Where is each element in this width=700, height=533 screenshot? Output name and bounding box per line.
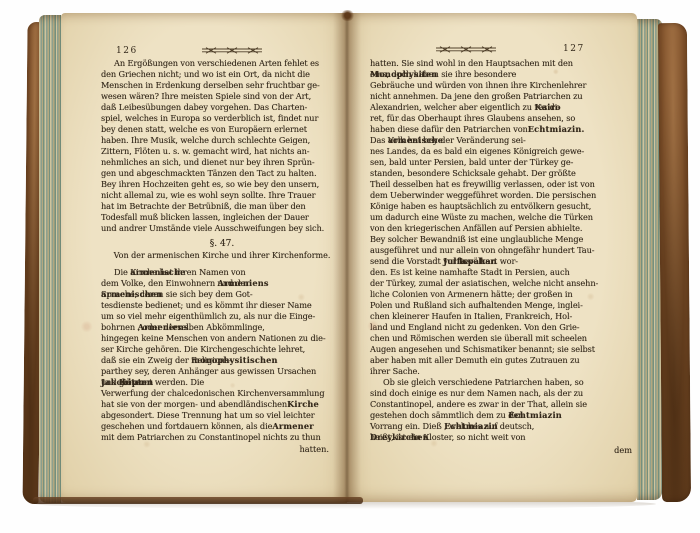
text-line: von den kriegerischen Anfällen auf Persi…: [370, 223, 614, 234]
text-line: send die Vorstadt Julfa vor Ispahan bevö…: [370, 256, 614, 267]
text-line: sen, bald unter Persien, bald unter der …: [370, 157, 614, 168]
section-heading: §. 47. Von der armenischen Kirche und ih…: [101, 239, 343, 261]
text-line: Zittern, Flöten u. s. w. gemacht wird, h…: [101, 146, 343, 157]
text-line: mit dem Patriarchen zu Constantinopel ni…: [101, 432, 343, 443]
text-line: Die armenische Kirche hat ihren Namen vo…: [101, 267, 343, 278]
text-line: Könige haben es hauptsächlich zu entvölk…: [370, 201, 614, 212]
text-line: Monophysiten eins, doch haben sie ihre b…: [370, 69, 614, 80]
text-line: Verwerfung der chalcedonischen Kirchenve…: [101, 388, 343, 399]
text-line: Bey ihren Hochzeiten geht es, so wie bey…: [101, 179, 343, 190]
leather-board-right: [658, 23, 691, 502]
text-line: ret, für das Oberhaupt ihres Glaubens an…: [370, 113, 614, 124]
text-line: tesdienste bedienet; und es kömmt ihr di…: [101, 300, 343, 311]
text-line: nes Landes, da es bald ein eigenes König…: [370, 146, 614, 157]
text-line: ihrer Sache.: [370, 366, 614, 377]
text-line: Das armenische Volk hat bey der Veränder…: [370, 135, 614, 146]
bottom-board-edge: [33, 497, 363, 504]
text-line: haben diese dafür den Patriarchen von Ec…: [370, 124, 614, 135]
text-line: aber haben mit aller Demuth ein gutes Zu…: [370, 355, 614, 366]
text-line: Ob sie gleich verschiedene Patriarchen h…: [370, 377, 614, 388]
text-line: gen und abgeschmackten Tänzen den Tact z…: [101, 168, 343, 179]
text-line: Jakobiten und Köpten genannt werden. Die: [101, 377, 343, 388]
text-line: parthey sey, deren Anhänger aus gewissen…: [101, 366, 343, 377]
text-line: chen kleinerer Haufen in Italien, Frankr…: [370, 311, 614, 322]
text-line: bohrnen Armeniens, oder derselben Abkömm…: [101, 322, 343, 333]
page-number-left: 126: [116, 46, 138, 56]
twisted-fillet-icon: [201, 46, 263, 55]
text-line: Constantinopel, andere es zwar in der Th…: [370, 399, 614, 410]
text-column-left-lower: Die armenische Kirche hat ihren Namen vo…: [101, 267, 343, 443]
text-column-right: hatten. Sie sind wohl in den Hauptsachen…: [370, 58, 614, 443]
text-line: den Griechen nicht; und wo ist ein Ort, …: [101, 69, 343, 80]
text-line: Augen angesehen und Schismatiker benannt…: [370, 344, 614, 355]
text-line: Alexandrien, welcher aber eigentlich zu …: [370, 102, 614, 113]
text-line: daß Leibesübungen dabey vorgehen. Das Ch…: [101, 102, 343, 113]
text-line: der Türkey, zumal der asiatischen, welch…: [370, 278, 614, 289]
page-number-right: 127: [563, 44, 585, 54]
text-line: nicht annehmen. Da jene den großen Patri…: [370, 91, 614, 102]
text-line: hat im Betrachte der Betrübniß, die man …: [101, 201, 343, 212]
text-line: wesen wären? Ihre meisten Spiele sind vo…: [101, 91, 343, 102]
text-line: Gebräuche und würden von ihnen ihre Kirc…: [370, 80, 614, 91]
text-column-left-upper: An Ergößungen von verschiedenen Arten fe…: [101, 58, 343, 234]
section-number: §. 47.: [101, 239, 343, 250]
text-line: sind doch einige es nur dem Namen nach, …: [370, 388, 614, 399]
text-line: Vorrang ein. Dieß Echtmiazin, welches au…: [370, 421, 614, 432]
headband: [340, 10, 355, 21]
text-line: hat sie von der morgen- und abendländisc…: [101, 399, 343, 410]
text-line: nicht allemal zu, wie es wohl seyn sollt…: [101, 190, 343, 201]
text-line: An Ergößungen von verschiedenen Arten fe…: [101, 58, 343, 69]
text-line: gestehen doch sämmtlich dem zu Echtmiazi…: [370, 410, 614, 421]
catchword-right: dem: [370, 445, 632, 455]
text-line: Todesfall muß blicken lassen, ingleichen…: [101, 212, 343, 223]
twisted-fillet-icon: [435, 45, 497, 54]
text-line: Dreykirchen heißt, ist ein Kloster, so n…: [370, 432, 614, 443]
section-title: Von der armenischen Kirche und ihrer Kir…: [101, 250, 343, 261]
text-line: standen, besondere Schicksale gehabt. De…: [370, 168, 614, 179]
text-line: daß sie ein Zweig der monophysitischen R…: [101, 355, 343, 366]
text-line: Menschen in Erdenkung derselben sehr fru…: [101, 80, 343, 91]
photo-background: 126 An Ergößungen von verschiedenen Arte…: [0, 0, 700, 533]
text-line: Theil desselben hat es freywillig verlas…: [370, 179, 614, 190]
text-line: geschehen und fortdauern können, als die…: [101, 421, 343, 432]
catchword-left: hatten.: [101, 444, 329, 454]
text-line: und andrer Umstände viele Ausschweifunge…: [101, 223, 343, 234]
text-line: armenischen Sprache, deren sie sich bey …: [101, 289, 343, 300]
text-line: abgesondert. Diese Trennung hat um so vi…: [101, 410, 343, 421]
text-line: Bey solcher Bewandniß ist eine unglaubli…: [370, 234, 614, 245]
text-line: hingegen keine Menschen von andern Natio…: [101, 333, 343, 344]
text-line: spiel, welches in Europa so verderblich …: [101, 113, 343, 124]
text-line: land und England nicht zu gedenken. Von …: [370, 322, 614, 333]
text-line: dem Ueberwinder weggeführet worden. Die …: [370, 190, 614, 201]
text-line: ausgeführet und nur allein von ohngefähr…: [370, 245, 614, 256]
text-line: nehmliches an sich, und dienet nur bey i…: [101, 157, 343, 168]
text-line: chen und Römischen werden sie überall mi…: [370, 333, 614, 344]
text-line: bey denen statt, welche es von Europäern…: [101, 124, 343, 135]
text-line: hatten. Sie sind wohl in den Hauptsachen…: [370, 58, 614, 69]
text-line: liche Colonien von Armenern hätte; der g…: [370, 289, 614, 300]
text-line: ser Kirche gehören. Die Kirchengeschicht…: [101, 344, 343, 355]
text-line: um dadurch eine Wüste zu machen, welche …: [370, 212, 614, 223]
fore-edge-left: [39, 15, 61, 503]
book-page-left: 126 An Ergößungen von verschiedenen Arte…: [61, 13, 347, 503]
text-line: um so viel mehr eigenthümlich zu, als nu…: [101, 311, 343, 322]
text-line: den. Es ist keine namhafte Stadt in Pers…: [370, 267, 614, 278]
text-line: dem Volke, den Einwohnern Armeniens und …: [101, 278, 343, 289]
text-line: haben. Ihre Musik, welche durch schlecht…: [101, 135, 343, 146]
text-line: Polen und Rußland sich aufhaltenden Meng…: [370, 300, 614, 311]
book-page-right: 127 hatten. Sie sind wohl in den Hauptsa…: [347, 13, 637, 502]
